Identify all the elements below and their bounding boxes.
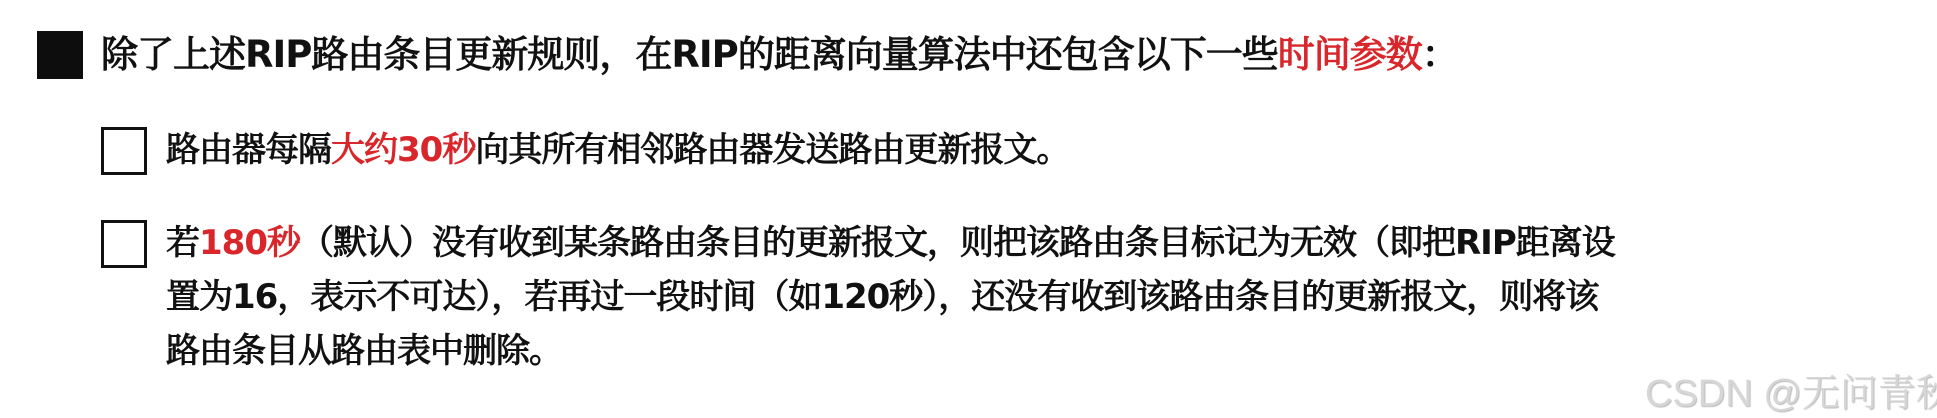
watermark: CSDN @无问青秋 — [1645, 362, 1937, 417]
section-heading: 除了上述RIP路由条目更新规则，在RIP的距离向量算法中还包含以下一些时间参数： — [37, 30, 1458, 80]
item-text: 路由器每隔大约30秒向其所有相邻路由器发送路由更新报文。 — [166, 123, 1069, 177]
empty-square-bullet-icon — [101, 127, 147, 175]
list-item: 若180秒（默认）没有收到某条路由条目的更新报文，则把该路由条目标记为无效（即把… — [101, 220, 1906, 378]
empty-square-bullet-icon — [101, 220, 147, 268]
item-line-1: 若180秒（默认）没有收到某条路由条目的更新报文，则把该路由条目标记为无效（即把… — [166, 216, 1906, 270]
list-item: 路由器每隔大约30秒向其所有相邻路由器发送路由更新报文。 — [101, 127, 1069, 177]
item-line1-suffix: （默认）没有收到某条路由条目的更新报文，则把该路由条目标记为无效（即把RIP距离… — [300, 223, 1615, 263]
item-line-2: 置为16，表示不可达），若再过一段时间（如120秒），还没有收到该路由条目的更新… — [166, 270, 1906, 324]
item-text-prefix: 路由器每隔 — [166, 130, 331, 170]
item-text-suffix: 向其所有相邻路由器发送路由更新报文。 — [475, 130, 1069, 170]
item-text: 若180秒（默认）没有收到某条路由条目的更新报文，则把该路由条目标记为无效（即把… — [166, 216, 1906, 378]
heading-text-suffix: ： — [1422, 33, 1458, 76]
item-highlight: 180秒 — [199, 223, 300, 263]
heading-text: 除了上述RIP路由条目更新规则，在RIP的距离向量算法中还包含以下一些时间参数： — [101, 30, 1458, 80]
heading-text-prefix: 除了上述RIP路由条目更新规则，在RIP的距离向量算法中还包含以下一些 — [101, 33, 1278, 76]
filled-square-bullet-icon — [37, 31, 83, 79]
heading-highlight: 时间参数 — [1278, 33, 1422, 76]
item-line1-prefix: 若 — [166, 223, 199, 263]
item-highlight: 大约30秒 — [331, 130, 475, 170]
